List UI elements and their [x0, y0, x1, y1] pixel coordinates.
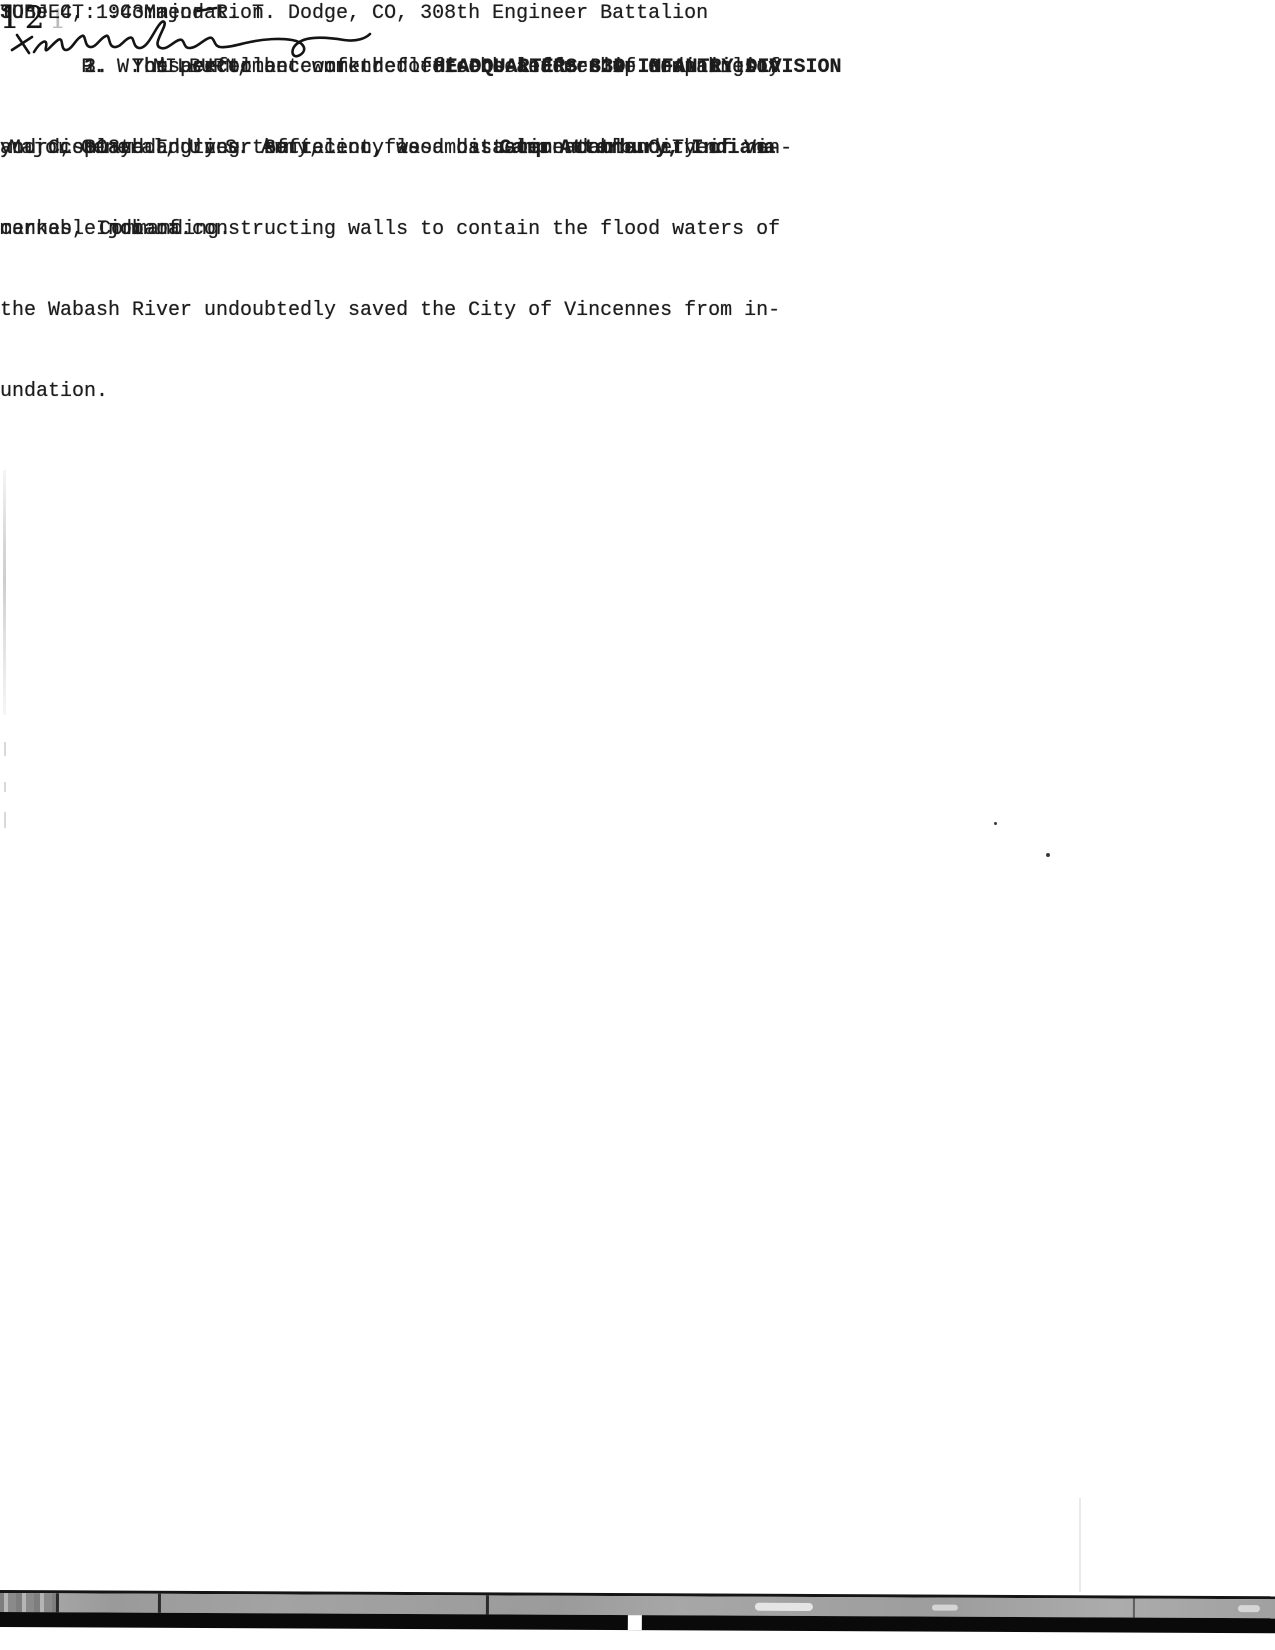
scanned-letter-page: HEADQUARTERS 83D INFANTRY DIVISION Camp … — [0, 0, 1275, 1650]
signature-title: Major General, U. S. Army, — [0, 135, 330, 162]
film-strip-highlight — [1238, 1605, 1260, 1612]
film-strip-scan-artifact — [0, 1590, 1275, 1638]
left-edge-scan-dash — [4, 812, 6, 828]
film-strip-separator — [56, 1593, 59, 1612]
paragraph-line: undation. — [0, 378, 780, 405]
page-number-digits: 12 — [0, 0, 49, 36]
film-strip-separator — [486, 1595, 489, 1614]
paragraph-line: the Wabash River undoubtedly saved the C… — [0, 297, 780, 324]
signature-command: Commanding. — [0, 216, 330, 243]
scan-streak — [1079, 1498, 1081, 1592]
left-edge-scan-streak — [3, 470, 6, 715]
page-number-faint-mark: 1 — [49, 5, 71, 35]
left-edge-scan-dash — [4, 742, 6, 756]
film-strip-separator — [158, 1594, 161, 1613]
left-edge-scan-dash — [4, 782, 6, 792]
page-number: 121 — [0, 0, 71, 36]
film-strip-highlight — [932, 1605, 958, 1611]
film-strip-highlight — [755, 1603, 813, 1611]
film-strip-separator — [1133, 1599, 1135, 1618]
scan-speck — [1046, 853, 1050, 857]
scan-speck — [994, 822, 997, 825]
signature-block: F. W. MILBURN, Major General, U. S. Army… — [0, 0, 330, 297]
film-strip-left-block — [0, 1593, 56, 1612]
film-strip-gap — [628, 1615, 642, 1630]
signature-name: F. W. MILBURN, — [0, 54, 330, 81]
